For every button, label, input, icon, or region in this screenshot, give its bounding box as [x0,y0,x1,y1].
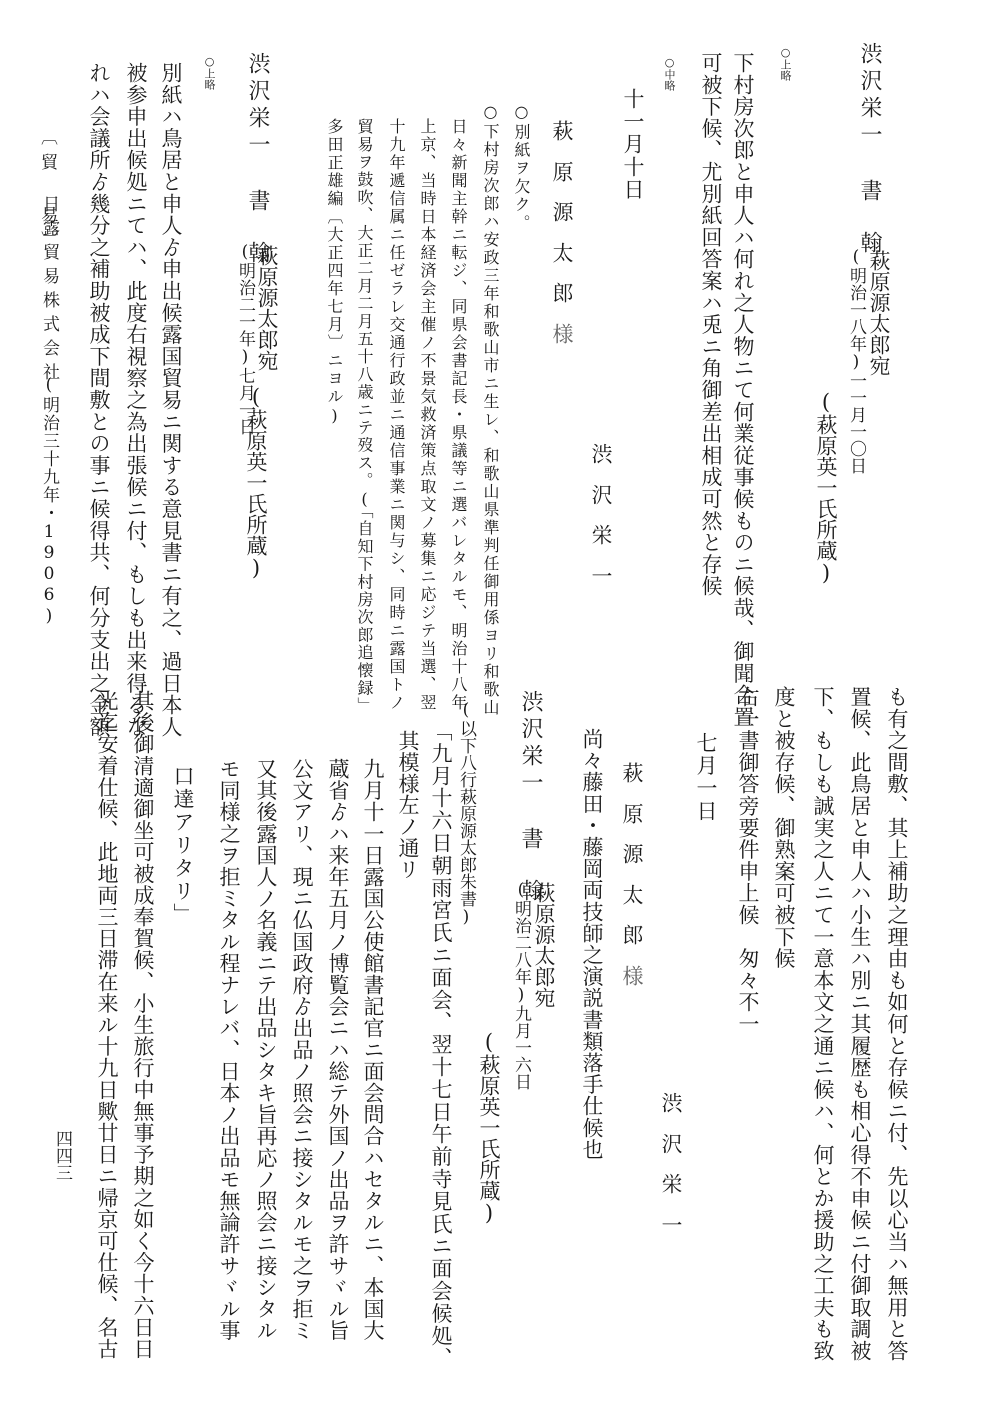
letter3-source: (萩原英一氏所蔵) [478,1030,499,1225]
letter2-addressee: 萩原源太郎宛 [256,245,277,371]
sender-char: 渋 [659,1092,683,1115]
note-line-4: 上京、当時日本経済会主催ノ不景気救済策点取文ノ募集ニ応ジテ当選、翌 [419,118,435,712]
letter2-cont-line-2: 置候、此鳥居と申人ハ小生ハ別ニ其履歴も相心得不申候ニ付御取調被 [849,686,870,1362]
letter3-body-line-6: 又其後露国人ノ名義ニテ出品シタキ旨再応ノ照会ニ接シタル [255,758,276,1341]
letter1-recipient: 萩原源太郎様 [551,120,572,346]
title-char: 書 [858,179,880,201]
recipient-char: 太 [551,242,572,265]
title-char: 渋 [245,52,270,74]
letter3-body-line-1: 「九月十六日朝雨宮氏ニ面会、翌十七日午前寺見氏ニ面会候処、 [430,720,451,1370]
letter1-date: (明治一八年)一一月一〇日 [847,247,864,474]
letter1-closing-date: 十一月十日 [622,88,643,201]
section-year: (明治三十九年・1906) [40,375,57,627]
sender-char: 渋 [589,443,613,466]
note-line-5: 十九年遞信属ニ任ゼラレ交通行政並ニ通信事業ニ関与シ、同時ニ露国トノ [388,118,404,712]
letter2-cont-line-1: も有之間敷、其上補助之理由も如何と存候ニ付、先以心当ハ無用と答 [886,686,907,1362]
omit-start-marker: ○上略 [780,46,791,81]
letter2-cont-line-3: 下、もしも誠実之人ニて一意本文之通ニ候ハ、何とか援助之工夫も致 [812,686,833,1362]
letter3-body-line-9: 其後御清適御坐可被成奉賀候、小生旅行中無事予期之如く今十六日日 [132,690,153,1360]
section-company: 日露貿易株式会社 [40,195,57,387]
recipient-char: 郎 [551,282,572,305]
letter2-body-line-3: れハ会議所ゟ幾分之補助被成下間敷との事ニ候得共、何分支出之金額 [88,62,109,738]
title-char: 書 [519,827,541,849]
title-char: 一 [246,133,268,155]
title-char: 沢 [519,717,541,739]
recipient-char: 萩 [550,120,574,143]
letter3-body-line-4: 蔵省ゟハ来年五月ノ博覧会ニハ総テ外国ノ出品ヲ許サヾル旨 [327,758,348,1341]
letter2-body-line-1: 別紙ハ鳥居と申人ゟ申出候露国貿易ニ関する意見書ニ有之、過日本人 [160,62,181,738]
letter3-body-line-10: 光迄安着仕候、此地両三日滞在来ル十九日歟廿日ニ帰京可仕候、名古 [96,690,117,1360]
sender-char: 栄 [590,524,611,547]
letter3-body-line-5: 公文アリ、現ニ仏国政府ゟ出品ノ照会ニ接シタルモ之ヲ拒ミ [291,758,312,1341]
letter2-title: 渋沢栄一書翰 [246,52,268,263]
letter3-body-line-8: 口達アリタリ」 [172,765,193,926]
letter2-sender: 渋沢栄一 [660,1092,681,1236]
title-char: 栄 [858,96,880,118]
omit-mid-marker: ○中略 [664,56,675,91]
letter1-title: 渋沢栄一書翰 [858,42,880,253]
sender-char: 一 [660,1214,681,1237]
letter2-cont-line-4: 度と被存候、御熟案可被下候 [773,686,794,969]
letter3-body-line-3: 九月十一日露国公使館書記官ニ面会問合ハセタルニ、本国大 [362,758,383,1341]
title-char: 書 [246,189,268,211]
letter3-editor-note: (以下八行萩原源太郎朱書) [457,700,474,927]
sender-char: 沢 [660,1133,681,1156]
title-char: 栄 [246,106,268,128]
letter2-recipient: 萩原源太郎様 [621,762,642,988]
recipient-char: 源 [621,843,642,866]
note-line-6: 貿易ヲ鼓吹、大正二月二月五十八歳ニテ歿ス。(「自知下村房次郎追懐録」 [356,118,372,715]
letter2-cont-line-5: 右一書御答旁要件申上候 匆々不一 [737,686,758,1035]
recipient-char: 萩 [620,762,644,785]
letter2-closing-date: 七月一日 [695,732,716,822]
recipient-char: 太 [621,884,642,907]
letter3-body-line-7: モ同様之ヲ拒ミタル程ナレバ、日本ノ出品モ無論許サヾル事 [218,758,239,1341]
note-line-7: 多田正雄編〔大正四年七月〕ニヨル) [326,118,342,427]
honorific: 様 [621,965,642,988]
omit-start-marker-2: ○上略 [204,55,215,90]
letter3-date: (明治二八年)九月一六日 [512,880,529,1090]
letter1-addressee: 萩原源太郎宛 [868,250,889,376]
sender-char: 一 [590,565,611,588]
note-line-2: ○下村房次郎ハ安政三年和歌山市ニ生レ、和歌山県準判任御用係ヨリ和歌山 [482,102,498,717]
sender-char: 沢 [590,484,611,507]
recipient-char: 郎 [621,924,642,947]
title-char: 渋 [518,690,543,712]
letter1-body-line-1: 下村房次郎と申人ハ何れ之人物ニて何業従事候ものニ候哉、御聞合置 [732,52,753,728]
letter2-source: (萩原英一氏所蔵) [245,385,266,580]
letter3-title: 渋沢栄一書翰 [519,690,541,901]
recipient-char: 源 [551,201,572,224]
letter1-body-line-2: 可被下候、尤別紙回答案ハ兎ニ角御差出相成可然と存候 [700,52,721,597]
letter1-sender: 渋沢栄一 [590,443,611,587]
note-line-3: 日々新聞主幹ニ転ジ、同県会書記長・県議等ニ選バレタルモ、明治十八年 [450,118,466,712]
letter1-source: (萩原英一氏所蔵) [815,390,836,585]
page-number: 四四三 [53,1130,70,1181]
letter2-body-line-2: 被参申出候処ニてハ、此度右視察之為出張候ニ付、もしも出来得るな [125,62,146,738]
title-char: 栄 [519,744,541,766]
title-char: 一 [858,123,880,145]
title-char: 沢 [858,69,880,91]
title-char: 一 [519,771,541,793]
letter2-postscript: 尚々藤田・藤岡両技師之演説書類落手仕候也 [581,728,602,1160]
recipient-char: 原 [621,803,642,826]
recipient-char: 原 [551,161,572,184]
honorific: 様 [551,323,572,346]
title-char: 沢 [246,79,268,101]
note-line-1: ○別紙ヲ欠ク。 [513,102,529,232]
sender-char: 栄 [660,1173,681,1196]
title-char: 渋 [857,42,882,64]
letter3-body-line-2: 其模様左ノ通リ [397,730,418,880]
letter3-addressee: 萩原源太郎宛 [533,882,554,1008]
